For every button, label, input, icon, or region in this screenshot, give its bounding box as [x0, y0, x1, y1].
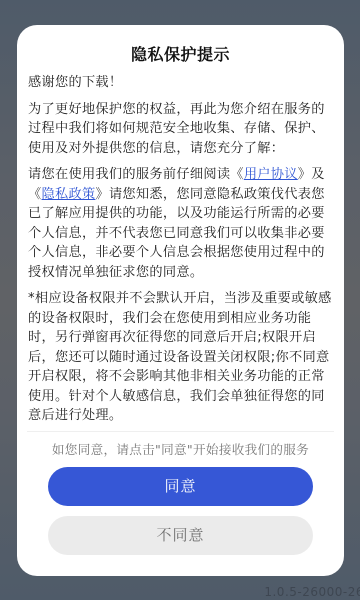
- consent-hint: 如您同意，请点击"同意"开始接收我们的服务: [17, 441, 344, 459]
- disagree-button[interactable]: 不同意: [48, 516, 313, 555]
- privacy-dialog: 隐私保护提示 感谢您的下载！ 为了更好地保护您的权益，再此为您介绍在服务的过程中…: [17, 25, 344, 576]
- intro-paragraph: 为了更好地保护您的权益，再此为您介绍在服务的过程中我们将如何规范安全地收集、存储…: [28, 100, 334, 159]
- agree-button[interactable]: 同意: [48, 467, 313, 506]
- version-label: 1.0.5-26000-26: [264, 585, 360, 599]
- user-agreement-link[interactable]: 用户协议: [244, 167, 298, 182]
- permissions-paragraph: *相应设备权限并不会默认开启，当涉及重要或敏感的设备权限时，我们会在您使用到相应…: [28, 289, 334, 426]
- divider: [27, 431, 334, 432]
- agreement-paragraph: 请您在使用我们的服务前仔细阅读《用户协议》及《隐私政策》请您知悉，您同意隐私政策…: [28, 165, 334, 282]
- privacy-policy-link[interactable]: 隐私政策: [42, 187, 96, 202]
- dialog-content[interactable]: 感谢您的下载！ 为了更好地保护您的权益，再此为您介绍在服务的过程中我们将如何规范…: [28, 73, 334, 433]
- thanks-paragraph: 感谢您的下载！: [28, 73, 334, 93]
- agreement-text-start: 请您在使用我们的服务前仔细阅读《: [28, 167, 244, 182]
- dialog-title: 隐私保护提示: [17, 44, 344, 66]
